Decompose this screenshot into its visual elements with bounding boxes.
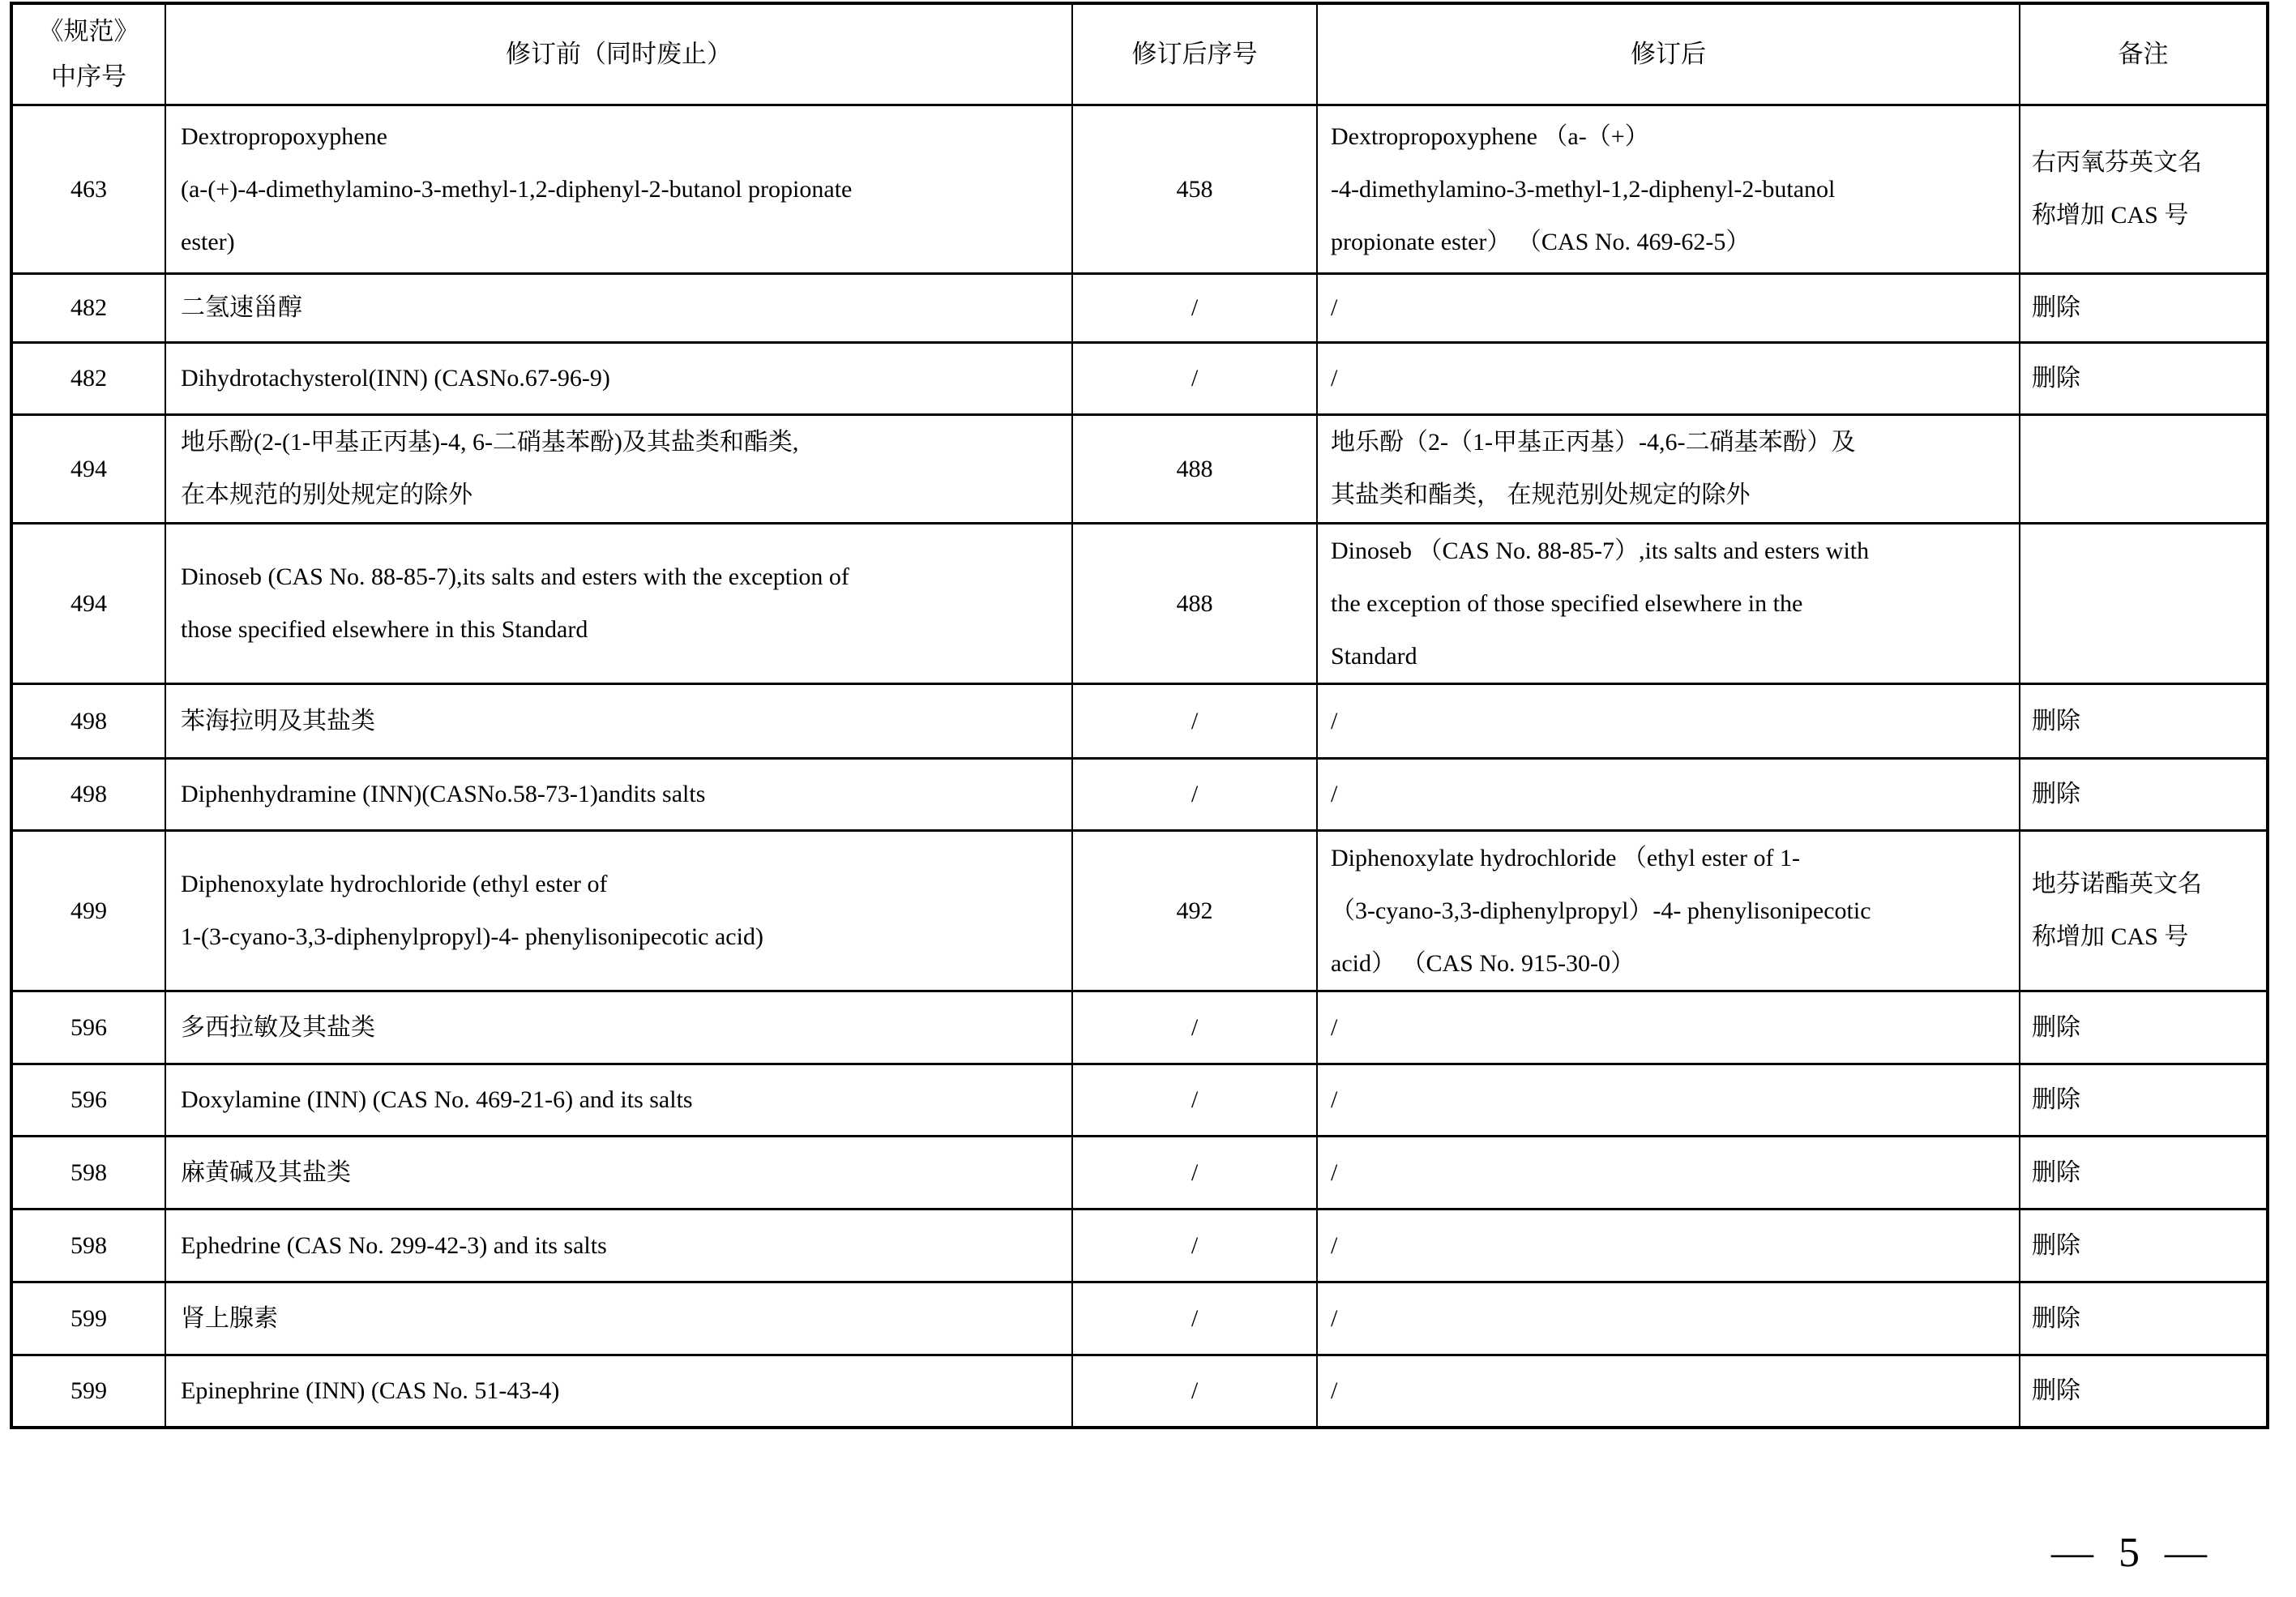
- cell-serial-new: /: [1072, 273, 1317, 342]
- cell-serial-new: /: [1072, 1209, 1317, 1282]
- cell-serial-old: 482: [11, 273, 165, 342]
- document-page: 《规范》 中序号 修订前（同时废止） 修订后序号 修订后 备注 463Dextr…: [0, 0, 2296, 1597]
- cell-before-revision: Dinoseb (CAS No. 88-85-7),its salts and …: [165, 523, 1072, 683]
- cell-before-revision: 多西拉敏及其盐类: [165, 991, 1072, 1064]
- table-row: 596多西拉敏及其盐类//删除: [11, 991, 2268, 1064]
- cell-serial-old: 494: [11, 523, 165, 683]
- cell-before-revision: Diphenhydramine (INN)(CASNo.58-73-1)andi…: [165, 758, 1072, 830]
- cell-serial-old: 598: [11, 1136, 165, 1209]
- cell-serial-new: /: [1072, 683, 1317, 758]
- cell-serial-new: /: [1072, 1064, 1317, 1136]
- table-body: 463Dextropropoxyphene (a-(+)-4-dimethyla…: [11, 105, 2268, 1428]
- cell-after-revision: /: [1317, 758, 2020, 830]
- cell-serial-new: /: [1072, 1136, 1317, 1209]
- cell-note: 删除: [2020, 1355, 2268, 1428]
- cell-after-revision: Diphenoxylate hydrochloride （ethyl ester…: [1317, 830, 2020, 991]
- cell-after-revision: /: [1317, 1064, 2020, 1136]
- cell-note: [2020, 523, 2268, 683]
- cell-serial-old: 599: [11, 1282, 165, 1355]
- cell-serial-old: 498: [11, 758, 165, 830]
- cell-note: 删除: [2020, 273, 2268, 342]
- cell-serial-old: 499: [11, 830, 165, 991]
- cell-before-revision: Dextropropoxyphene (a-(+)-4-dimethylamin…: [165, 105, 1072, 273]
- cell-after-revision: /: [1317, 1136, 2020, 1209]
- table-row: 482二氢速甾醇//删除: [11, 273, 2268, 342]
- cell-serial-old: 596: [11, 991, 165, 1064]
- cell-before-revision: 苯海拉明及其盐类: [165, 683, 1072, 758]
- cell-serial-old: 596: [11, 1064, 165, 1136]
- header-before-revision: 修订前（同时废止）: [165, 3, 1072, 105]
- cell-serial-old: 599: [11, 1355, 165, 1428]
- table-row: 494Dinoseb (CAS No. 88-85-7),its salts a…: [11, 523, 2268, 683]
- cell-note: 删除: [2020, 991, 2268, 1064]
- cell-note: 右丙氧芬英文名 称增加 CAS 号: [2020, 105, 2268, 273]
- header-note: 备注: [2020, 3, 2268, 105]
- cell-serial-new: /: [1072, 1282, 1317, 1355]
- cell-before-revision: 麻黄碱及其盐类: [165, 1136, 1072, 1209]
- cell-serial-new: 492: [1072, 830, 1317, 991]
- cell-after-revision: /: [1317, 1209, 2020, 1282]
- page-number: — 5 —: [2051, 1529, 2207, 1578]
- cell-after-revision: /: [1317, 1282, 2020, 1355]
- cell-after-revision: /: [1317, 1355, 2020, 1428]
- cell-after-revision: /: [1317, 683, 2020, 758]
- cell-note: 删除: [2020, 1209, 2268, 1282]
- header-serial-old: 《规范》 中序号: [11, 3, 165, 105]
- table-row: 499Diphenoxylate hydrochloride (ethyl es…: [11, 830, 2268, 991]
- cell-note: 删除: [2020, 342, 2268, 414]
- table-row: 598麻黄碱及其盐类//删除: [11, 1136, 2268, 1209]
- table-row: 599Epinephrine (INN) (CAS No. 51-43-4)//…: [11, 1355, 2268, 1428]
- cell-before-revision: Diphenoxylate hydrochloride (ethyl ester…: [165, 830, 1072, 991]
- cell-before-revision: Epinephrine (INN) (CAS No. 51-43-4): [165, 1355, 1072, 1428]
- table-row: 596Doxylamine (INN) (CAS No. 469-21-6) a…: [11, 1064, 2268, 1136]
- cell-serial-new: 488: [1072, 523, 1317, 683]
- table-row: 463Dextropropoxyphene (a-(+)-4-dimethyla…: [11, 105, 2268, 273]
- cell-before-revision: Ephedrine (CAS No. 299-42-3) and its sal…: [165, 1209, 1072, 1282]
- cell-before-revision: 二氢速甾醇: [165, 273, 1072, 342]
- cell-note: 删除: [2020, 1136, 2268, 1209]
- cell-serial-new: /: [1072, 342, 1317, 414]
- cell-after-revision: Dinoseb （CAS No. 88-85-7）,its salts and …: [1317, 523, 2020, 683]
- cell-serial-new: /: [1072, 758, 1317, 830]
- cell-after-revision: Dextropropoxyphene （a-（+） -4-dimethylami…: [1317, 105, 2020, 273]
- cell-serial-old: 494: [11, 414, 165, 523]
- cell-serial-old: 463: [11, 105, 165, 273]
- table-row: 494地乐酚(2-(1-甲基正丙基)-4, 6-二硝基苯酚)及其盐类和酯类, 在…: [11, 414, 2268, 523]
- table-row: 598Ephedrine (CAS No. 299-42-3) and its …: [11, 1209, 2268, 1282]
- header-serial-new: 修订后序号: [1072, 3, 1317, 105]
- header-row: 《规范》 中序号 修订前（同时废止） 修订后序号 修订后 备注: [11, 3, 2268, 105]
- cell-serial-new: /: [1072, 991, 1317, 1064]
- cell-after-revision: /: [1317, 342, 2020, 414]
- table-row: 599肾上腺素//删除: [11, 1282, 2268, 1355]
- cell-after-revision: /: [1317, 273, 2020, 342]
- cell-note: 地芬诺酯英文名 称增加 CAS 号: [2020, 830, 2268, 991]
- cell-note: 删除: [2020, 758, 2268, 830]
- cell-serial-new: 458: [1072, 105, 1317, 273]
- table-row: 482Dihydrotachysterol(INN) (CASNo.67-96-…: [11, 342, 2268, 414]
- header-after-revision: 修订后: [1317, 3, 2020, 105]
- cell-note: 删除: [2020, 1282, 2268, 1355]
- cell-before-revision: Doxylamine (INN) (CAS No. 469-21-6) and …: [165, 1064, 1072, 1136]
- cell-note: 删除: [2020, 683, 2268, 758]
- cell-serial-new: /: [1072, 1355, 1317, 1428]
- table-row: 498Diphenhydramine (INN)(CASNo.58-73-1)a…: [11, 758, 2268, 830]
- cell-after-revision: /: [1317, 991, 2020, 1064]
- cell-before-revision: Dihydrotachysterol(INN) (CASNo.67-96-9): [165, 342, 1072, 414]
- table-header: 《规范》 中序号 修订前（同时废止） 修订后序号 修订后 备注: [11, 3, 2268, 105]
- cell-after-revision: 地乐酚（2-（1-甲基正丙基）-4,6-二硝基苯酚）及 其盐类和酯类， 在规范别…: [1317, 414, 2020, 523]
- cell-before-revision: 肾上腺素: [165, 1282, 1072, 1355]
- cell-note: [2020, 414, 2268, 523]
- cell-note: 删除: [2020, 1064, 2268, 1136]
- table-row: 498苯海拉明及其盐类//删除: [11, 683, 2268, 758]
- cell-serial-old: 482: [11, 342, 165, 414]
- cell-before-revision: 地乐酚(2-(1-甲基正丙基)-4, 6-二硝基苯酚)及其盐类和酯类, 在本规范…: [165, 414, 1072, 523]
- cell-serial-old: 498: [11, 683, 165, 758]
- cell-serial-old: 598: [11, 1209, 165, 1282]
- cell-serial-new: 488: [1072, 414, 1317, 523]
- revision-table: 《规范》 中序号 修订前（同时废止） 修订后序号 修订后 备注 463Dextr…: [10, 2, 2269, 1429]
